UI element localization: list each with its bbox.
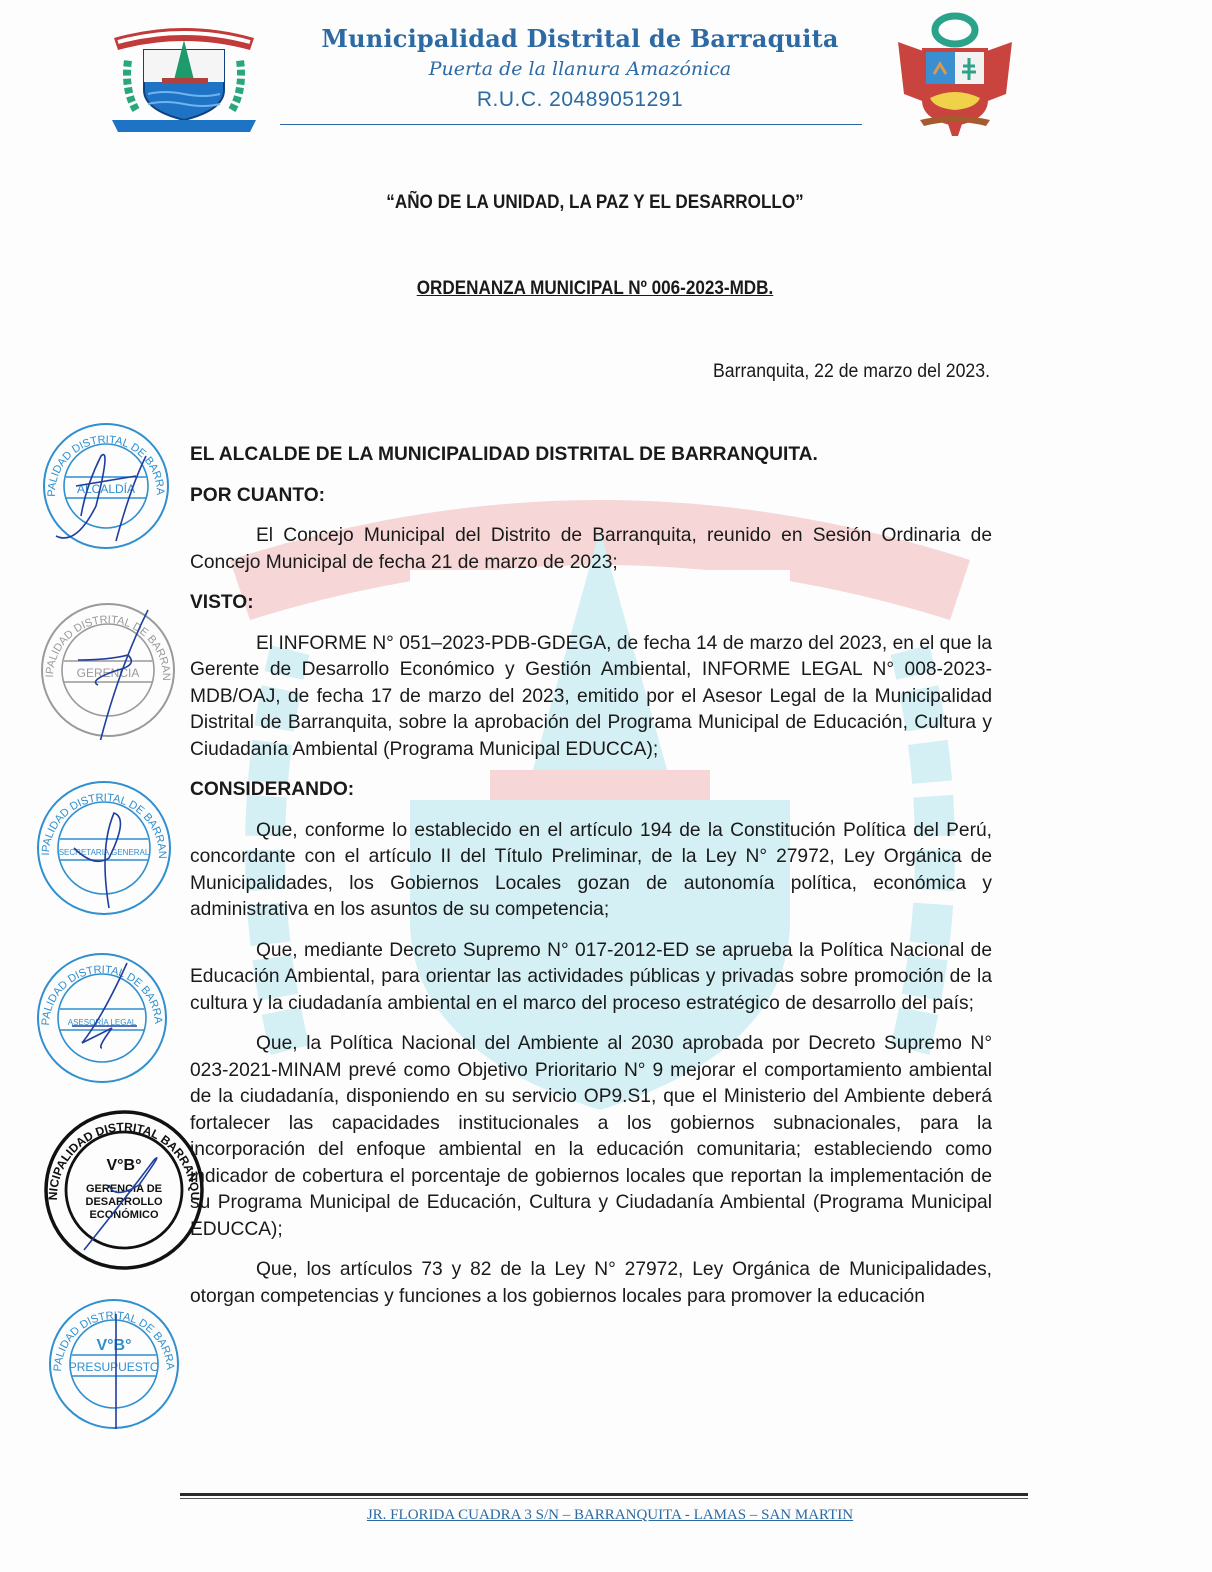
svg-text:MUNICIPALIDAD DISTRITAL DE BAR: MUNICIPALIDAD DISTRITAL DE BARRANQUITA bbox=[34, 950, 164, 1026]
section-heading-considerando: CONSIDERANDO: bbox=[190, 777, 992, 804]
document-date: Barranquita, 22 de marzo del 2023. bbox=[627, 361, 990, 383]
official-stamp: MUNICIPALIDAD DISTRITAL DE BARRANQUITAAL… bbox=[40, 420, 172, 557]
paragraph: Que, conforme lo establecido en el artíc… bbox=[190, 818, 992, 924]
svg-text:MUNICIPALIDAD DISTRITAL DE BAR: MUNICIPALIDAD DISTRITAL DE BARRANQUITA bbox=[34, 778, 168, 859]
year-motto: “AÑO DE LA UNIDAD, LA PAZ Y EL DESARROLL… bbox=[231, 192, 960, 214]
document-body: EL ALCALDE DE LA MUNICIPALIDAD DISTRITAL… bbox=[190, 442, 992, 1324]
seal-icon: MUNICIPALIDAD DISTRITAL DE BARRANQUITAAL… bbox=[40, 420, 172, 552]
svg-text:SECRETARIA GENERAL: SECRETARIA GENERAL bbox=[59, 848, 150, 857]
ordinance-title: ORDENANZA MUNICIPAL Nº 006-2023-MDB. bbox=[231, 278, 960, 300]
footer-address: JR. FLORIDA CUADRA 3 S/N – BARRANQUITA -… bbox=[180, 1507, 1040, 1524]
seal-icon: MUNICIPALIDAD DISTRITAL DE BARRANQUITAAS… bbox=[34, 950, 170, 1086]
paragraph: Que, los artículos 73 y 82 de la Ley N° … bbox=[190, 1257, 992, 1310]
seal-icon: MUNICIPALIDAD DISTRITAL DE BARRANQUITAV°… bbox=[46, 1296, 182, 1432]
paragraph: El Concejo Municipal del Distrito de Bar… bbox=[190, 523, 992, 576]
svg-text:PRESUPUESTO: PRESUPUESTO bbox=[69, 1360, 159, 1374]
national-emblem bbox=[890, 8, 1020, 136]
paragraph: Que, la Política Nacional del Ambiente a… bbox=[190, 1031, 992, 1243]
issuer-heading: EL ALCALDE DE LA MUNICIPALIDAD DISTRITAL… bbox=[190, 442, 992, 469]
official-stamp: MUNICIPALIDAD DISTRITAL DE BARRANQUITASE… bbox=[34, 778, 174, 923]
ruc-number: R.U.C. 20489051291 bbox=[280, 88, 880, 112]
footer-divider-thin bbox=[180, 1498, 1028, 1499]
official-stamp: MUNICIPALIDAD DISTRITAL DE BARRANQUITAGE… bbox=[38, 600, 178, 745]
section-heading-por-cuanto: POR CUANTO: bbox=[190, 483, 992, 510]
svg-text:V°B°: V°B° bbox=[106, 1157, 141, 1174]
seal-icon: MUNICIPALIDAD DISTRITAL DE BARRANQUITAGE… bbox=[38, 600, 178, 740]
municipal-coat-of-arms-icon bbox=[104, 10, 264, 132]
svg-text:V°B°: V°B° bbox=[96, 1337, 131, 1354]
municipality-name: Municipalidad Distrital de Barraquita bbox=[280, 24, 880, 53]
municipal-logo bbox=[104, 10, 264, 132]
official-stamp: MUNICIPALIDAD DISTRITAL BARRANQUITAV°B°G… bbox=[42, 1108, 206, 1277]
footer-address-text: JR. FLORIDA CUADRA 3 S/N – BARRANQUITA -… bbox=[367, 1507, 853, 1523]
municipality-slogan: Puerta de la llanura Amazónica bbox=[280, 58, 880, 80]
seal-icon: MUNICIPALIDAD DISTRITAL BARRANQUITAV°B°G… bbox=[42, 1108, 206, 1272]
peru-coat-of-arms-icon bbox=[890, 8, 1020, 136]
paragraph: Que, mediante Decreto Supremo N° 017-201… bbox=[190, 938, 992, 1018]
official-stamp: MUNICIPALIDAD DISTRITAL DE BARRANQUITAAS… bbox=[34, 950, 170, 1091]
svg-text:ECONÓMICO: ECONÓMICO bbox=[89, 1208, 159, 1221]
footer-divider bbox=[180, 1493, 1028, 1496]
svg-text:GERENCIA DE: GERENCIA DE bbox=[86, 1183, 162, 1195]
header-divider bbox=[280, 124, 862, 125]
seal-icon: MUNICIPALIDAD DISTRITAL DE BARRANQUITASE… bbox=[34, 778, 174, 918]
official-stamp: MUNICIPALIDAD DISTRITAL DE BARRANQUITAV°… bbox=[46, 1296, 182, 1437]
section-heading-visto: VISTO: bbox=[190, 590, 992, 617]
paragraph: El INFORME N° 051–2023-PDB-GDEGA, de fec… bbox=[190, 631, 992, 764]
